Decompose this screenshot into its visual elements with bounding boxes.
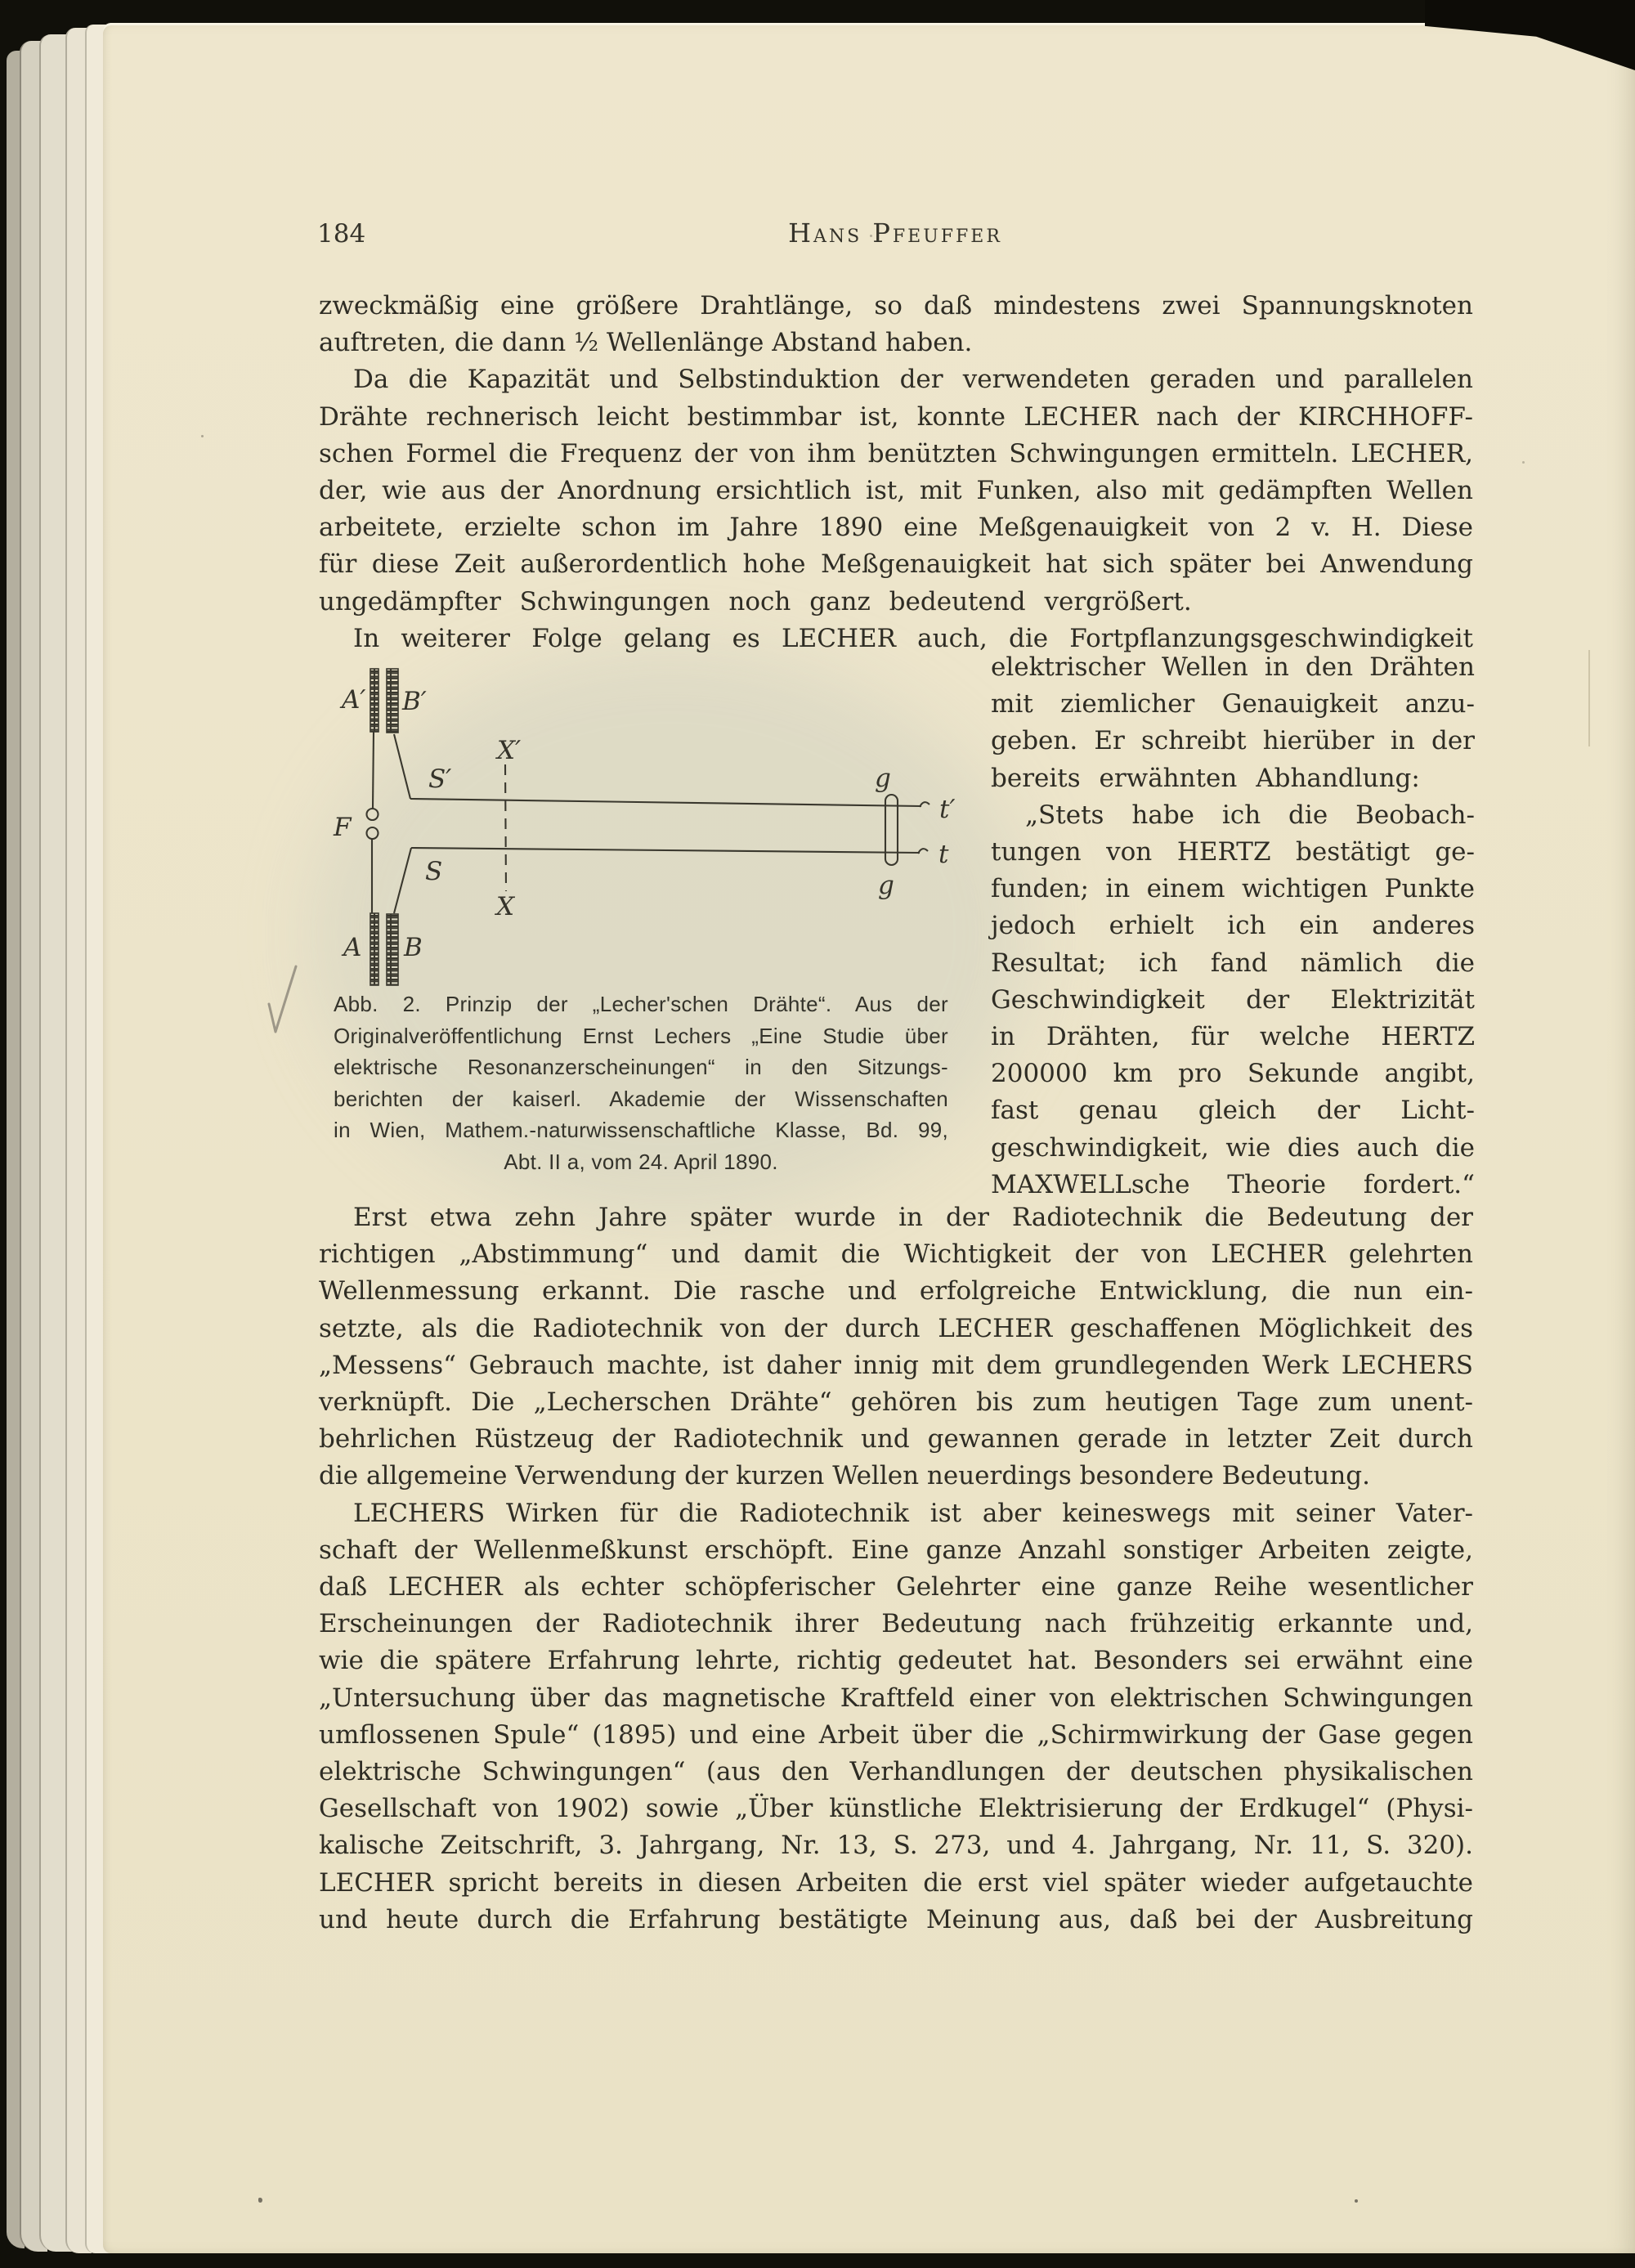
text-line: berichten der kaiserl. Akademie der Wiss…: [334, 1083, 948, 1115]
label-g-bottom: g: [878, 871, 894, 900]
text-line: jedoch erhielt ich ein anderes: [991, 908, 1475, 944]
text-line: elektrischer Wellen in den Drähten: [991, 649, 1475, 686]
label-t: t: [938, 840, 949, 869]
spark-gap-ball-bottom: [367, 827, 379, 839]
wire-top-slant: [394, 734, 410, 799]
paper-speck: [1522, 461, 1525, 464]
text-line: Wellenmessung erkannt. Die rasche und er…: [319, 1273, 1473, 1310]
pencil-checkmark: [260, 958, 306, 1040]
text-line: arbeitete, erzielte schon im Jahre 1890 …: [319, 509, 1473, 546]
wire-bottom: [411, 848, 920, 853]
text-line: geben. Er schreibt hierüber in der: [991, 723, 1475, 760]
text-line: für diese Zeit außerordentlich hohe Meßg…: [319, 546, 1473, 583]
label-g-top: g: [875, 764, 891, 793]
plate-b: [387, 914, 398, 985]
figure-caption: Abb. 2. Prinzip der „Lecher'schen Drähte…: [334, 988, 948, 1178]
text-line: MAXWELLsche Theorie fordert.“: [991, 1167, 1475, 1203]
lead-top: [373, 732, 374, 809]
text-line: „Stets habe ich die Beobach-: [991, 797, 1475, 834]
text-line: Abt. II a, vom 24. April 1890.: [334, 1146, 948, 1178]
text-line: Drähte rechnerisch leicht bestimmbar ist…: [319, 399, 1473, 436]
node-dashed-line: [505, 764, 506, 891]
paper-speck: [1355, 2199, 1358, 2203]
label-s-prime: S′: [428, 764, 451, 794]
label-s: S: [425, 857, 442, 886]
text-line: „Messens“ Gebrauch machte, ist daher inn…: [319, 1347, 1473, 1384]
label-a: A: [341, 933, 361, 962]
paper-speck: [870, 235, 872, 237]
text-line: elektrische Resonanzerscheinungen“ in de…: [334, 1051, 948, 1083]
text-line: elektrische Schwingungen“ (aus den Verha…: [319, 1754, 1473, 1791]
text-line: Erst etwa zehn Jahre später wurde in der…: [319, 1199, 1473, 1236]
body-text-block-bottom: Erst etwa zehn Jahre später wurde in der…: [319, 1199, 1473, 1939]
text-line: schaft der Wellenmeßkunst erschöpft. Ein…: [319, 1532, 1473, 1569]
label-x: X: [495, 892, 516, 921]
text-line: Erscheinungen der Radiotechnik ihrer Bed…: [319, 1606, 1473, 1643]
text-line: umflossenen Spule“ (1895) und eine Arbei…: [319, 1717, 1473, 1754]
text-line: tungen von HERTZ bestätigt ge-: [991, 834, 1475, 871]
text-line: wie die spätere Erfahrung lehrte, richti…: [319, 1643, 1473, 1679]
text-line: Abb. 2. Prinzip der „Lecher'schen Drähte…: [334, 988, 948, 1020]
text-line: der, wie aus der Anordnung ersichtlich i…: [319, 473, 1473, 509]
text-line: in Drähten, für welche HERTZ: [991, 1019, 1475, 1056]
figure-lecher-wire-diagram: A′ B′ F S′ S X′ X g g t′ t A B: [325, 661, 955, 988]
label-a-prime: A′: [339, 685, 365, 715]
text-line: 200000 km pro Sekunde angibt,: [991, 1056, 1475, 1092]
plate-a-prime: [370, 669, 379, 732]
text-line: fast genau gleich der Licht-: [991, 1092, 1475, 1129]
label-x-prime: X′: [495, 736, 521, 765]
wire-top: [410, 799, 921, 806]
running-header-author: Hans Pfeuffer: [317, 217, 1473, 249]
text-line: Originalveröffentlichung Ernst Lechers „…: [334, 1020, 948, 1052]
text-line: Geschwindigkeit der Elektrizität: [991, 982, 1475, 1019]
text-line: ungedämpfter Schwingungen noch ganz bede…: [319, 584, 1473, 621]
text-line: funden; in einem wichtigen Punkte: [991, 871, 1475, 908]
text-line: Da die Kapazität und Selbstinduktion der…: [319, 361, 1473, 398]
text-line: LECHER spricht bereits in diesen Arbeite…: [319, 1865, 1473, 1902]
text-line: behrlichen Rüstzeug der Radiotechnik und…: [319, 1421, 1473, 1458]
body-text-block-top: zweckmäßig eine größere Drahtlänge, so d…: [319, 288, 1473, 657]
paper-speck: [201, 435, 204, 437]
text-line: bereits erwähnten Abhandlung:: [991, 760, 1475, 797]
plate-a: [370, 913, 379, 985]
text-line: und heute durch die Erfahrung bestätigte…: [319, 1902, 1473, 1939]
plate-b-prime: [387, 669, 398, 733]
text-line: Gesellschaft von 1902) sowie „Über künst…: [319, 1791, 1473, 1827]
text-line: schen Formel die Frequenz der von ihm be…: [319, 436, 1473, 473]
text-line: setzte, als die Radiotechnik von der dur…: [319, 1311, 1473, 1347]
paper-speck: [258, 2198, 262, 2203]
text-line: richtigen „Abstimmung“ und damit die Wic…: [319, 1236, 1473, 1273]
text-line: LECHERS Wirken für die Radiotechnik ist …: [319, 1495, 1473, 1532]
label-f: F: [333, 813, 352, 842]
text-line: geschwindigkeit, wie dies auch die: [991, 1130, 1475, 1167]
label-b-prime: B′: [401, 687, 427, 716]
spark-gap-ball-top: [367, 809, 379, 820]
label-t-prime: t′: [939, 795, 955, 824]
paper-crease: [1588, 650, 1590, 746]
body-text-right-column: elektrischer Wellen in den Drähtenmit zi…: [991, 649, 1475, 1203]
text-line: die allgemeine Verwendung der kurzen Wel…: [319, 1458, 1473, 1495]
label-b: B: [403, 933, 423, 962]
text-line: „Untersuchung über das magnetische Kraft…: [319, 1680, 1473, 1717]
text-line: auftreten, die dann ½ Wellenlänge Abstan…: [319, 325, 1473, 361]
text-line: verknüpft. Die „Lecherschen Drähte“ gehö…: [319, 1384, 1473, 1421]
text-line: daß LECHER als echter schöpferischer Gel…: [319, 1569, 1473, 1606]
text-line: in Wien, Mathem.-naturwissenschaftliche …: [334, 1114, 948, 1146]
text-line: mit ziemlicher Genauigkeit anzu-: [991, 686, 1475, 723]
text-line: zweckmäßig eine größere Drahtlänge, so d…: [319, 288, 1473, 325]
wire-bottom-slant: [394, 848, 411, 913]
text-line: Resultat; ich fand nämlich die: [991, 945, 1475, 982]
text-line: kalische Zeitschrift, 3. Jahrgang, Nr. 1…: [319, 1827, 1473, 1864]
